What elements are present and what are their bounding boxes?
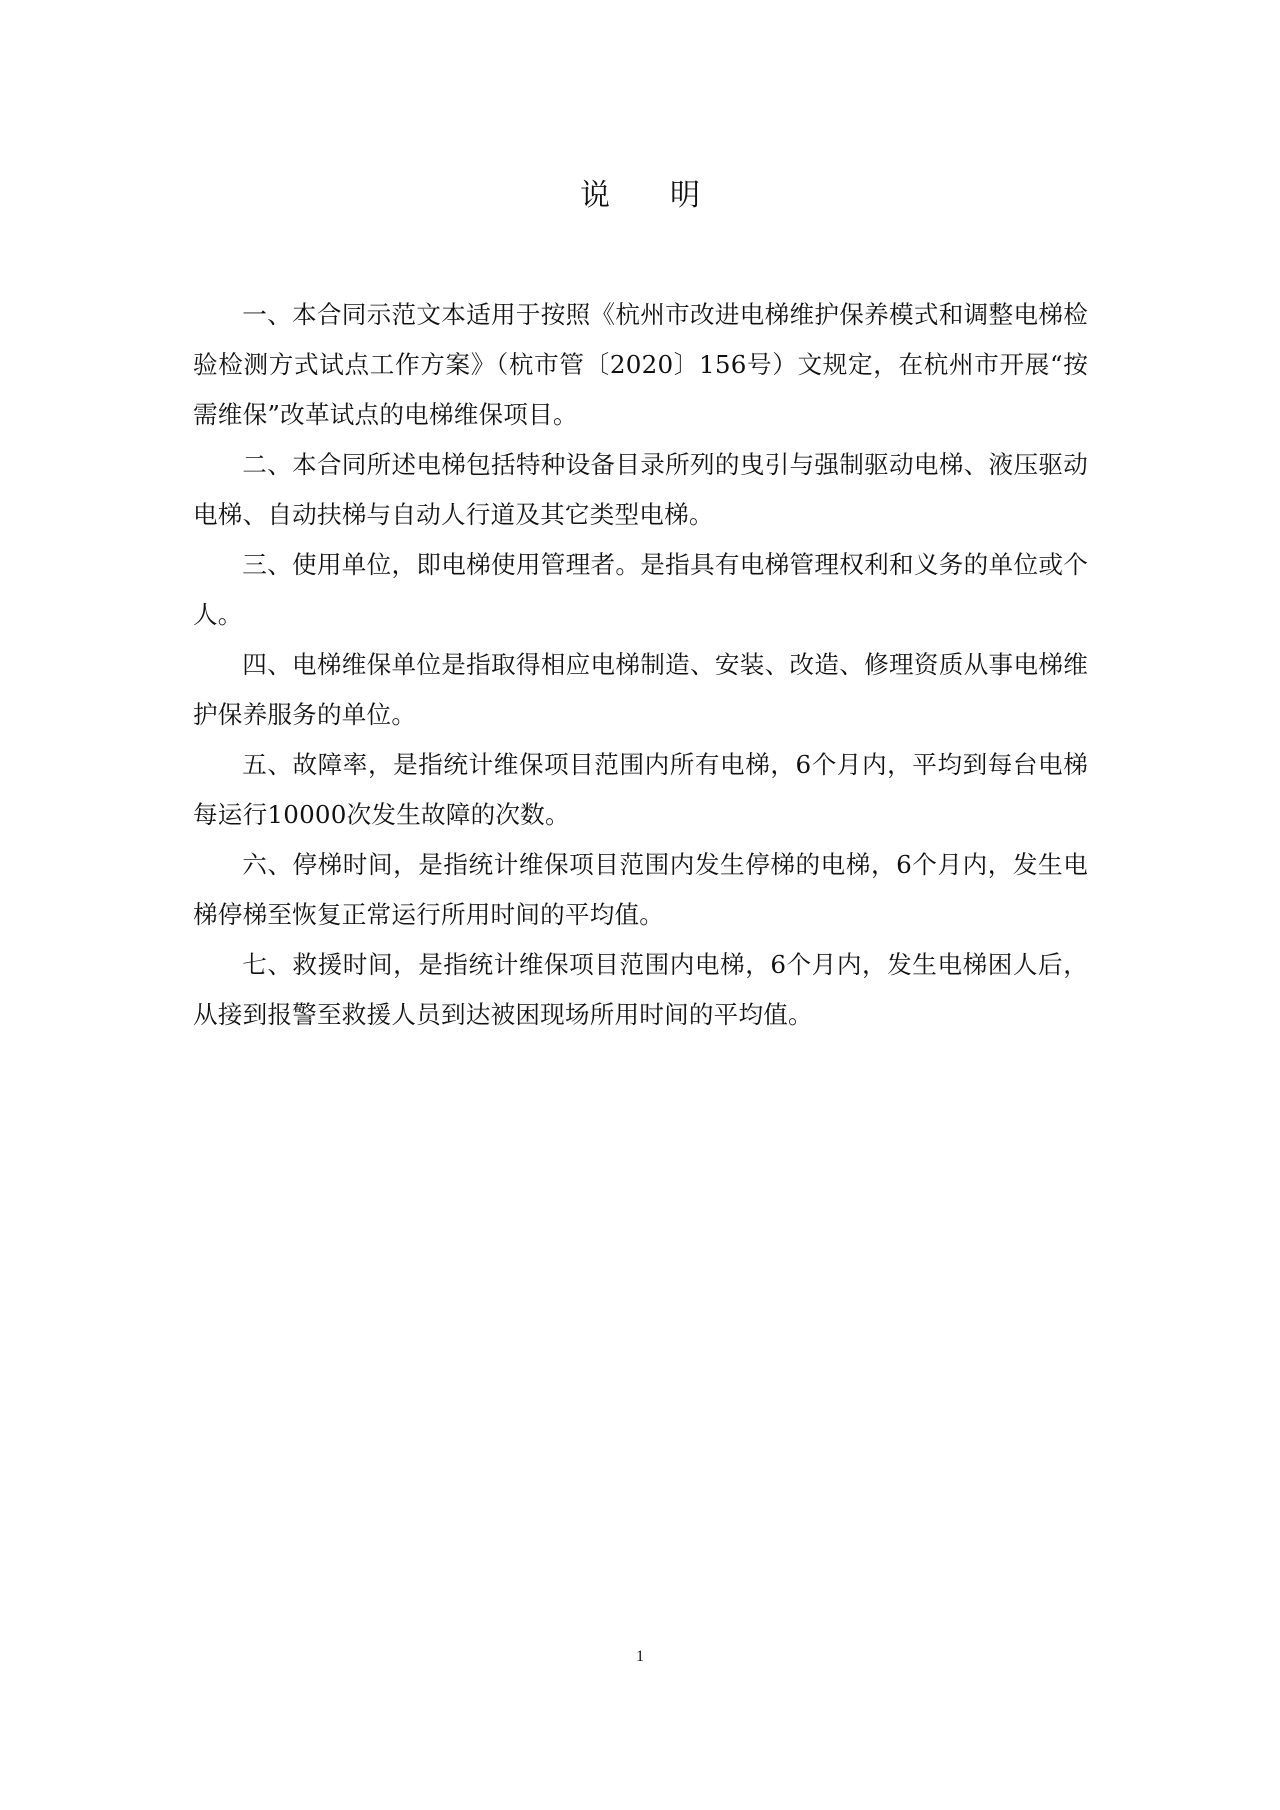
paragraph-1: 一、本合同示范文本适用于按照《杭州市改进电梯维护保养模式和调整电梯检验检测方式试… <box>193 290 1088 440</box>
paragraph-7: 七、救援时间，是指统计维保项目范围内电梯，6个月内，发生电梯困人后，从接到报警至… <box>193 940 1088 1040</box>
document-body: 一、本合同示范文本适用于按照《杭州市改进电梯维护保养模式和调整电梯检验检测方式试… <box>193 290 1088 1040</box>
page-title: 说明 <box>0 170 1280 214</box>
paragraph-2: 二、本合同所述电梯包括特种设备目录所列的曳引与强制驱动电梯、液压驱动电梯、自动扶… <box>193 440 1088 540</box>
page-number: 1 <box>0 1648 1280 1666</box>
paragraph-3: 三、使用单位，即电梯使用管理者。是指具有电梯管理权利和义务的单位或个人。 <box>193 540 1088 640</box>
paragraph-5: 五、故障率，是指统计维保项目范围内所有电梯，6个月内，平均到每台电梯每运行100… <box>193 740 1088 840</box>
paragraph-4: 四、电梯维保单位是指取得相应电梯制造、安装、改造、修理资质从事电梯维护保养服务的… <box>193 640 1088 740</box>
paragraph-6: 六、停梯时间，是指统计维保项目范围内发生停梯的电梯，6个月内，发生电梯停梯至恢复… <box>193 840 1088 940</box>
